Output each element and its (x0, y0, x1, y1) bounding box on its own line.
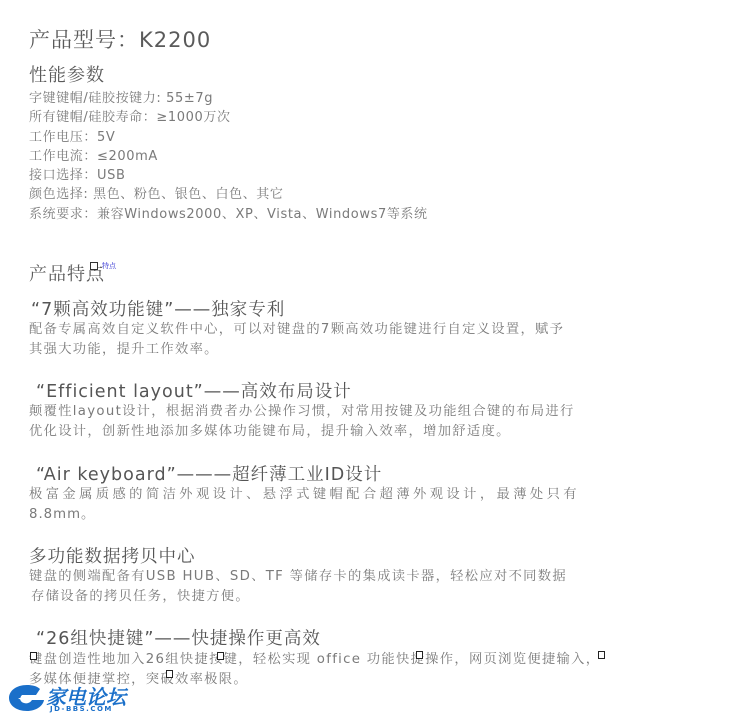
spec-colors: 颜色选择: 黑色、粉色、银色、白色、其它 (29, 185, 428, 204)
feature-body-efficient-layout: 颠覆性layout设计，根据消费者办公操作习惯，对常用按键及功能组合键的布局进行… (29, 402, 575, 442)
anchor-box-icon (416, 651, 423, 659)
body-line: 键盘的侧端配备有USB HUB、SD、TF 等储存卡的集成读卡器，轻松应对不同数… (29, 567, 567, 587)
spec-list: 字键键帽/硅胶按键力: 55±7g 所有键帽/硅胶寿命：≥1000万次 工作电压… (29, 89, 428, 224)
spec-system: 系统要求：兼容Windows2000、XP、Vista、Windows7等系统 (29, 205, 428, 224)
logo-domain: JD-BBS.COM (50, 705, 113, 713)
feature-body-data-copy-center: 键盘的侧端配备有USB HUB、SD、TF 等储存卡的集成读卡器，轻松应对不同数… (29, 567, 567, 607)
spec-lifespan: 所有键帽/硅胶寿命：≥1000万次 (29, 108, 428, 127)
anchor-box-icon (30, 652, 37, 660)
body-line: 其强大功能，提升工作效率。 (29, 340, 564, 360)
feature-title-data-copy-center: 多功能数据拷贝中心 (29, 543, 196, 568)
body-line: 键盘创造性地加入26组快捷按键，轻松实现 office 功能快捷操作，网页浏览便… (29, 650, 600, 670)
feature-body-function-keys: 配备专属高效自定义软件中心，可以对键盘的7颗高效功能键进行自定义设置，赋予 其强… (29, 320, 564, 360)
feature-title-air-keyboard: “Air keyboard”———超纤薄工业ID设计 (36, 461, 382, 486)
feature-title-shortcut-keys: “26组快捷键”——快捷操作更高效 (36, 625, 321, 650)
anchor-box-icon (166, 670, 173, 678)
feature-body-air-keyboard: 极富金属质感的简洁外观设计、悬浮式键帽配合超薄外观设计，最薄处只有 8.8mm。 (29, 485, 580, 525)
body-line: 优化设计，创新性地添加多媒体功能键布局，提升输入效率，增加舒适度。 (29, 422, 575, 442)
specs-title: 性能参数 (29, 61, 105, 87)
anchor-box-icon (598, 651, 605, 659)
anchor-marker[interactable]: 特点 (90, 261, 116, 271)
feature-title-efficient-layout: “Efficient layout”——高效布局设计 (36, 378, 352, 403)
body-line: 极富金属质感的简洁外观设计、悬浮式键帽配合超薄外观设计，最薄处只有 (29, 485, 580, 505)
spec-voltage: 工作电压：5V (29, 128, 428, 147)
spec-interface: 接口选择：USB (29, 166, 428, 185)
model-title: 产品型号：K2200 (29, 24, 211, 54)
watermark-logo: 家电论坛 JD-BBS.COM (8, 680, 128, 716)
body-line: 颠覆性layout设计，根据消费者办公操作习惯，对常用按键及功能组合键的布局进行 (29, 402, 575, 422)
anchor-icon (90, 262, 98, 270)
spec-current: 工作电流：≤200mA (29, 147, 428, 166)
anchor-box-icon (217, 652, 224, 660)
feature-title-function-keys: “7颗高效功能键”——独家专利 (31, 296, 285, 321)
spec-keycap-force: 字键键帽/硅胶按键力: 55±7g (29, 89, 428, 108)
body-line: 配备专属高效自定义软件中心，可以对键盘的7颗高效功能键进行自定义设置，赋予 (29, 320, 564, 340)
logo-swirl-icon (8, 683, 46, 713)
anchor-label: 特点 (102, 262, 116, 270)
body-line: 8.8mm。 (29, 505, 580, 525)
body-line: 存储设备的拷贝任务，快捷方便。 (29, 587, 567, 607)
